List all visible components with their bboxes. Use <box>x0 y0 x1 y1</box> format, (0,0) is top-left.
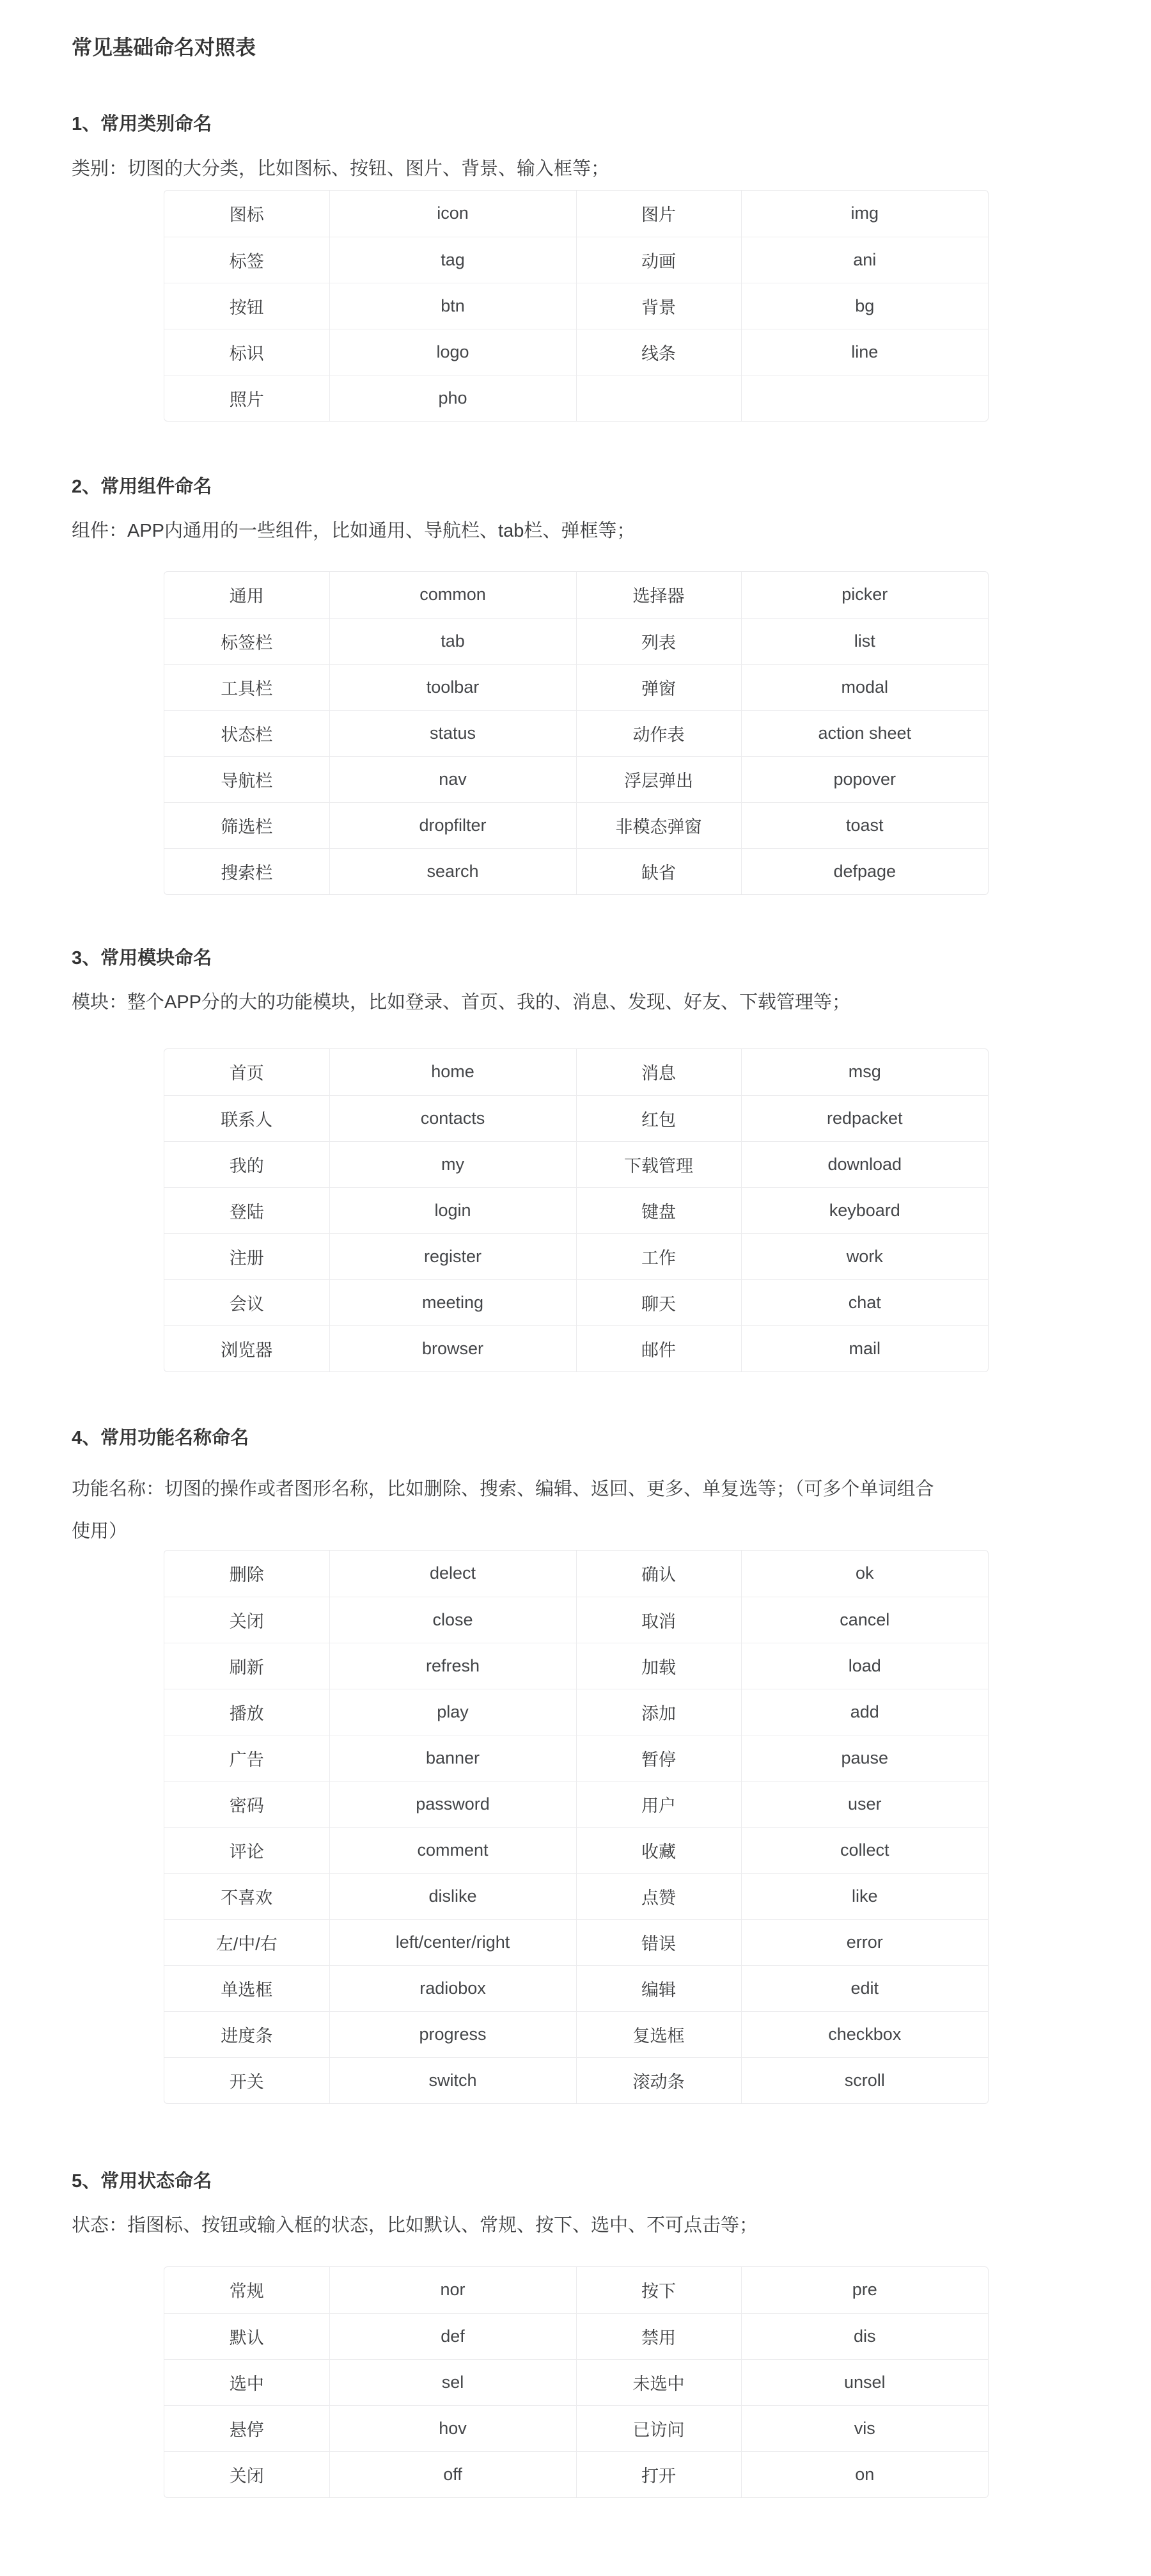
term-cn-cell <box>576 375 741 421</box>
term-cn-cell: 错误 <box>576 1919 741 1965</box>
term-en-cell: download <box>741 1141 988 1187</box>
term-cn-cell: 已访问 <box>576 2405 741 2451</box>
term-cn-cell: 禁用 <box>576 2313 741 2359</box>
term-en-cell: nav <box>329 756 576 802</box>
section-4-heading: 4、常用功能名称命名 <box>72 1425 249 1451</box>
table-row: 不喜欢dislike点赞like <box>164 1873 988 1919</box>
term-en-cell: like <box>741 1873 988 1919</box>
term-en-cell: common <box>329 572 576 618</box>
term-en-cell: toolbar <box>329 664 576 710</box>
term-en-cell: contacts <box>329 1095 576 1141</box>
term-en-cell: comment <box>329 1827 576 1873</box>
term-en-cell: btn <box>329 283 576 329</box>
term-cn-cell: 图片 <box>576 191 741 237</box>
term-en-cell: off <box>329 2451 576 2497</box>
term-cn-cell: 播放 <box>164 1689 329 1735</box>
term-cn-cell: 线条 <box>576 329 741 375</box>
term-en-cell: add <box>741 1689 988 1735</box>
table-row: 照片pho <box>164 375 988 421</box>
term-en-cell: defpage <box>741 848 988 894</box>
section-2-description: 组件：APP内通用的一些组件，比如通用、导航栏、tab栏、弹框等； <box>72 510 635 552</box>
term-cn-cell: 不喜欢 <box>164 1873 329 1919</box>
term-cn-cell: 删除 <box>164 1551 329 1597</box>
state-naming-table: 常规nor按下pre默认def禁用dis选中sel未选中unsel悬停hov已访… <box>164 2266 989 2498</box>
term-cn-cell: 导航栏 <box>164 756 329 802</box>
term-cn-cell: 状态栏 <box>164 710 329 756</box>
term-cn-cell: 列表 <box>576 618 741 664</box>
table-row: 导航栏nav浮层弹出popover <box>164 756 988 802</box>
term-cn-cell: 关闭 <box>164 2451 329 2497</box>
table-row: 选中sel未选中unsel <box>164 2359 988 2405</box>
term-en-cell: def <box>329 2313 576 2359</box>
term-en-cell: collect <box>741 1827 988 1873</box>
term-cn-cell: 照片 <box>164 375 329 421</box>
term-en-cell: edit <box>741 1965 988 2011</box>
term-en-cell: sel <box>329 2359 576 2405</box>
term-cn-cell: 按钮 <box>164 283 329 329</box>
document-page: 常见基础命名对照表 1、常用类别命名 类别：切图的大分类，比如图标、按钮、图片、… <box>0 0 1151 2576</box>
table: 首页home消息msg联系人contacts红包redpacket我的my下载管… <box>164 1049 988 1371</box>
table-row: 图标icon图片img <box>164 191 988 237</box>
term-cn-cell: 缺省 <box>576 848 741 894</box>
term-en-cell: hov <box>329 2405 576 2451</box>
term-en-cell: dis <box>741 2313 988 2359</box>
term-en-cell: nor <box>329 2267 576 2313</box>
table-row: 左/中/右left/center/right错误error <box>164 1919 988 1965</box>
table: 图标icon图片img标签tag动画ani按钮btn背景bg标识logo线条li… <box>164 191 988 421</box>
section-3-description: 模块：整个APP分的大的功能模块，比如登录、首页、我的、消息、发现、好友、下载管… <box>72 981 850 1023</box>
term-cn-cell: 密码 <box>164 1781 329 1827</box>
term-en-cell: popover <box>741 756 988 802</box>
term-en-cell: home <box>329 1049 576 1095</box>
term-cn-cell: 左/中/右 <box>164 1919 329 1965</box>
term-cn-cell: 我的 <box>164 1141 329 1187</box>
term-en-cell: left/center/right <box>329 1919 576 1965</box>
term-cn-cell: 进度条 <box>164 2011 329 2057</box>
section-5-description: 状态：指图标、按钮或输入框的状态，比如默认、常规、按下、选中、不可点击等； <box>72 2204 758 2247</box>
term-en-cell: radiobox <box>329 1965 576 2011</box>
table-row: 常规nor按下pre <box>164 2267 988 2313</box>
term-cn-cell: 浮层弹出 <box>576 756 741 802</box>
table-row: 默认def禁用dis <box>164 2313 988 2359</box>
table-row: 评论comment收藏collect <box>164 1827 988 1873</box>
table-row: 单选框radiobox编辑edit <box>164 1965 988 2011</box>
term-en-cell: banner <box>329 1735 576 1781</box>
term-cn-cell: 确认 <box>576 1551 741 1597</box>
term-cn-cell: 复选框 <box>576 2011 741 2057</box>
term-cn-cell: 消息 <box>576 1049 741 1095</box>
term-cn-cell: 非模态弹窗 <box>576 802 741 848</box>
term-en-cell: chat <box>741 1279 988 1325</box>
term-cn-cell: 浏览器 <box>164 1325 329 1371</box>
term-cn-cell: 用户 <box>576 1781 741 1827</box>
term-cn-cell: 动作表 <box>576 710 741 756</box>
term-cn-cell: 点赞 <box>576 1873 741 1919</box>
table-row: 密码password用户user <box>164 1781 988 1827</box>
table-row: 刷新refresh加载load <box>164 1643 988 1689</box>
table-row: 通用common选择器picker <box>164 572 988 618</box>
table-row: 工具栏toolbar弹窗modal <box>164 664 988 710</box>
term-en-cell: dislike <box>329 1873 576 1919</box>
term-cn-cell: 标签栏 <box>164 618 329 664</box>
term-en-cell: ok <box>741 1551 988 1597</box>
term-cn-cell: 加载 <box>576 1643 741 1689</box>
term-en-cell: delect <box>329 1551 576 1597</box>
term-en-cell: modal <box>741 664 988 710</box>
term-cn-cell: 未选中 <box>576 2359 741 2405</box>
term-en-cell: load <box>741 1643 988 1689</box>
term-en-cell: status <box>329 710 576 756</box>
term-en-cell: dropfilter <box>329 802 576 848</box>
section-2-heading: 2、常用组件命名 <box>72 474 212 500</box>
term-en-cell: ani <box>741 237 988 283</box>
description-line: 组件：APP内通用的一些组件，比如通用、导航栏、tab栏、弹框等； <box>72 510 635 552</box>
term-cn-cell: 收藏 <box>576 1827 741 1873</box>
description-line: 状态：指图标、按钮或输入框的状态，比如默认、常规、按下、选中、不可点击等； <box>72 2204 758 2247</box>
table-row: 搜索栏search缺省defpage <box>164 848 988 894</box>
term-cn-cell: 单选框 <box>164 1965 329 2011</box>
term-cn-cell: 通用 <box>164 572 329 618</box>
term-en-cell: work <box>741 1233 988 1279</box>
module-naming-table: 首页home消息msg联系人contacts红包redpacket我的my下载管… <box>164 1048 989 1372</box>
term-cn-cell: 常规 <box>164 2267 329 2313</box>
term-en-cell: img <box>741 191 988 237</box>
section-1-heading: 1、常用类别命名 <box>72 111 212 137</box>
term-cn-cell: 刷新 <box>164 1643 329 1689</box>
table-row: 联系人contacts红包redpacket <box>164 1095 988 1141</box>
term-cn-cell: 选择器 <box>576 572 741 618</box>
term-cn-cell: 开关 <box>164 2057 329 2103</box>
term-cn-cell: 默认 <box>164 2313 329 2359</box>
term-cn-cell: 标签 <box>164 237 329 283</box>
term-en-cell: register <box>329 1233 576 1279</box>
table-row: 开关switch滚动条scroll <box>164 2057 988 2103</box>
term-cn-cell: 关闭 <box>164 1597 329 1643</box>
table-row: 会议meeting聊天chat <box>164 1279 988 1325</box>
term-en-cell: pre <box>741 2267 988 2313</box>
term-cn-cell: 滚动条 <box>576 2057 741 2103</box>
term-en-cell: refresh <box>329 1643 576 1689</box>
term-en-cell: pho <box>329 375 576 421</box>
term-en-cell: line <box>741 329 988 375</box>
term-cn-cell: 悬停 <box>164 2405 329 2451</box>
term-en-cell: bg <box>741 283 988 329</box>
description-line: 功能名称：切图的操作或者图形名称，比如删除、搜索、编辑、返回、更多、单复选等；（… <box>72 1468 934 1510</box>
table: 删除delect确认ok关闭close取消cancel刷新refresh加载lo… <box>164 1551 988 2103</box>
table-row: 关闭off打开on <box>164 2451 988 2497</box>
term-en-cell: vis <box>741 2405 988 2451</box>
table-row: 广告banner暂停pause <box>164 1735 988 1781</box>
term-cn-cell: 联系人 <box>164 1095 329 1141</box>
document-title: 常见基础命名对照表 <box>72 33 256 61</box>
table-row: 悬停hov已访问vis <box>164 2405 988 2451</box>
term-en-cell: user <box>741 1781 988 1827</box>
term-cn-cell: 工具栏 <box>164 664 329 710</box>
term-en-cell: search <box>329 848 576 894</box>
term-cn-cell: 添加 <box>576 1689 741 1735</box>
term-en-cell: logo <box>329 329 576 375</box>
table-row: 状态栏status动作表action sheet <box>164 710 988 756</box>
term-en-cell: browser <box>329 1325 576 1371</box>
term-en-cell: mail <box>741 1325 988 1371</box>
term-cn-cell: 搜索栏 <box>164 848 329 894</box>
table-row: 我的my下载管理download <box>164 1141 988 1187</box>
term-cn-cell: 首页 <box>164 1049 329 1095</box>
term-cn-cell: 键盘 <box>576 1187 741 1233</box>
term-en-cell <box>741 375 988 421</box>
term-cn-cell: 工作 <box>576 1233 741 1279</box>
term-cn-cell: 图标 <box>164 191 329 237</box>
table-row: 按钮btn背景bg <box>164 283 988 329</box>
component-naming-table: 通用common选择器picker标签栏tab列表list工具栏toolbar弹… <box>164 571 989 895</box>
term-cn-cell: 邮件 <box>576 1325 741 1371</box>
term-en-cell: toast <box>741 802 988 848</box>
term-cn-cell: 编辑 <box>576 1965 741 2011</box>
term-cn-cell: 聊天 <box>576 1279 741 1325</box>
term-en-cell: error <box>741 1919 988 1965</box>
term-cn-cell: 取消 <box>576 1597 741 1643</box>
term-en-cell: action sheet <box>741 710 988 756</box>
term-en-cell: play <box>329 1689 576 1735</box>
term-en-cell: cancel <box>741 1597 988 1643</box>
term-cn-cell: 弹窗 <box>576 664 741 710</box>
term-en-cell: msg <box>741 1049 988 1095</box>
term-en-cell: picker <box>741 572 988 618</box>
table-row: 关闭close取消cancel <box>164 1597 988 1643</box>
table-row: 登陆login键盘keyboard <box>164 1187 988 1233</box>
term-en-cell: login <box>329 1187 576 1233</box>
term-cn-cell: 红包 <box>576 1095 741 1141</box>
term-en-cell: icon <box>329 191 576 237</box>
term-cn-cell: 打开 <box>576 2451 741 2497</box>
term-en-cell: meeting <box>329 1279 576 1325</box>
term-en-cell: on <box>741 2451 988 2497</box>
term-en-cell: keyboard <box>741 1187 988 1233</box>
table-row: 标识logo线条line <box>164 329 988 375</box>
term-en-cell: scroll <box>741 2057 988 2103</box>
term-en-cell: tab <box>329 618 576 664</box>
term-en-cell: redpacket <box>741 1095 988 1141</box>
section-4-description: 功能名称：切图的操作或者图形名称，比如删除、搜索、编辑、返回、更多、单复选等；（… <box>72 1468 934 1553</box>
term-cn-cell: 按下 <box>576 2267 741 2313</box>
term-cn-cell: 标识 <box>164 329 329 375</box>
term-cn-cell: 下载管理 <box>576 1141 741 1187</box>
table-row: 进度条progress复选框checkbox <box>164 2011 988 2057</box>
table-row: 删除delect确认ok <box>164 1551 988 1597</box>
function-naming-table: 删除delect确认ok关闭close取消cancel刷新refresh加载lo… <box>164 1550 989 2104</box>
term-cn-cell: 登陆 <box>164 1187 329 1233</box>
table: 常规nor按下pre默认def禁用dis选中sel未选中unsel悬停hov已访… <box>164 2267 988 2497</box>
term-cn-cell: 选中 <box>164 2359 329 2405</box>
description-line: 模块：整个APP分的大的功能模块，比如登录、首页、我的、消息、发现、好友、下载管… <box>72 981 850 1023</box>
table: 通用common选择器picker标签栏tab列表list工具栏toolbar弹… <box>164 572 988 894</box>
section-3-heading: 3、常用模块命名 <box>72 945 212 971</box>
term-en-cell: tag <box>329 237 576 283</box>
term-en-cell: close <box>329 1597 576 1643</box>
term-en-cell: unsel <box>741 2359 988 2405</box>
term-en-cell: switch <box>329 2057 576 2103</box>
section-1-description: 类别：切图的大分类，比如图标、按钮、图片、背景、输入框等； <box>72 148 609 190</box>
term-cn-cell: 筛选栏 <box>164 802 329 848</box>
term-en-cell: password <box>329 1781 576 1827</box>
category-naming-table: 图标icon图片img标签tag动画ani按钮btn背景bg标识logo线条li… <box>164 190 989 422</box>
term-en-cell: checkbox <box>741 2011 988 2057</box>
term-cn-cell: 暂停 <box>576 1735 741 1781</box>
table-row: 首页home消息msg <box>164 1049 988 1095</box>
term-cn-cell: 注册 <box>164 1233 329 1279</box>
term-cn-cell: 广告 <box>164 1735 329 1781</box>
section-5-heading: 5、常用状态命名 <box>72 2169 212 2194</box>
table-row: 注册register工作work <box>164 1233 988 1279</box>
table-row: 标签栏tab列表list <box>164 618 988 664</box>
description-line: 类别：切图的大分类，比如图标、按钮、图片、背景、输入框等； <box>72 148 609 190</box>
term-en-cell: progress <box>329 2011 576 2057</box>
term-cn-cell: 会议 <box>164 1279 329 1325</box>
term-en-cell: list <box>741 618 988 664</box>
term-en-cell: my <box>329 1141 576 1187</box>
table-row: 标签tag动画ani <box>164 237 988 283</box>
term-cn-cell: 评论 <box>164 1827 329 1873</box>
table-row: 播放play添加add <box>164 1689 988 1735</box>
table-row: 浏览器browser邮件mail <box>164 1325 988 1371</box>
description-line: 使用） <box>72 1510 934 1553</box>
term-cn-cell: 动画 <box>576 237 741 283</box>
term-cn-cell: 背景 <box>576 283 741 329</box>
table-row: 筛选栏dropfilter非模态弹窗toast <box>164 802 988 848</box>
term-en-cell: pause <box>741 1735 988 1781</box>
